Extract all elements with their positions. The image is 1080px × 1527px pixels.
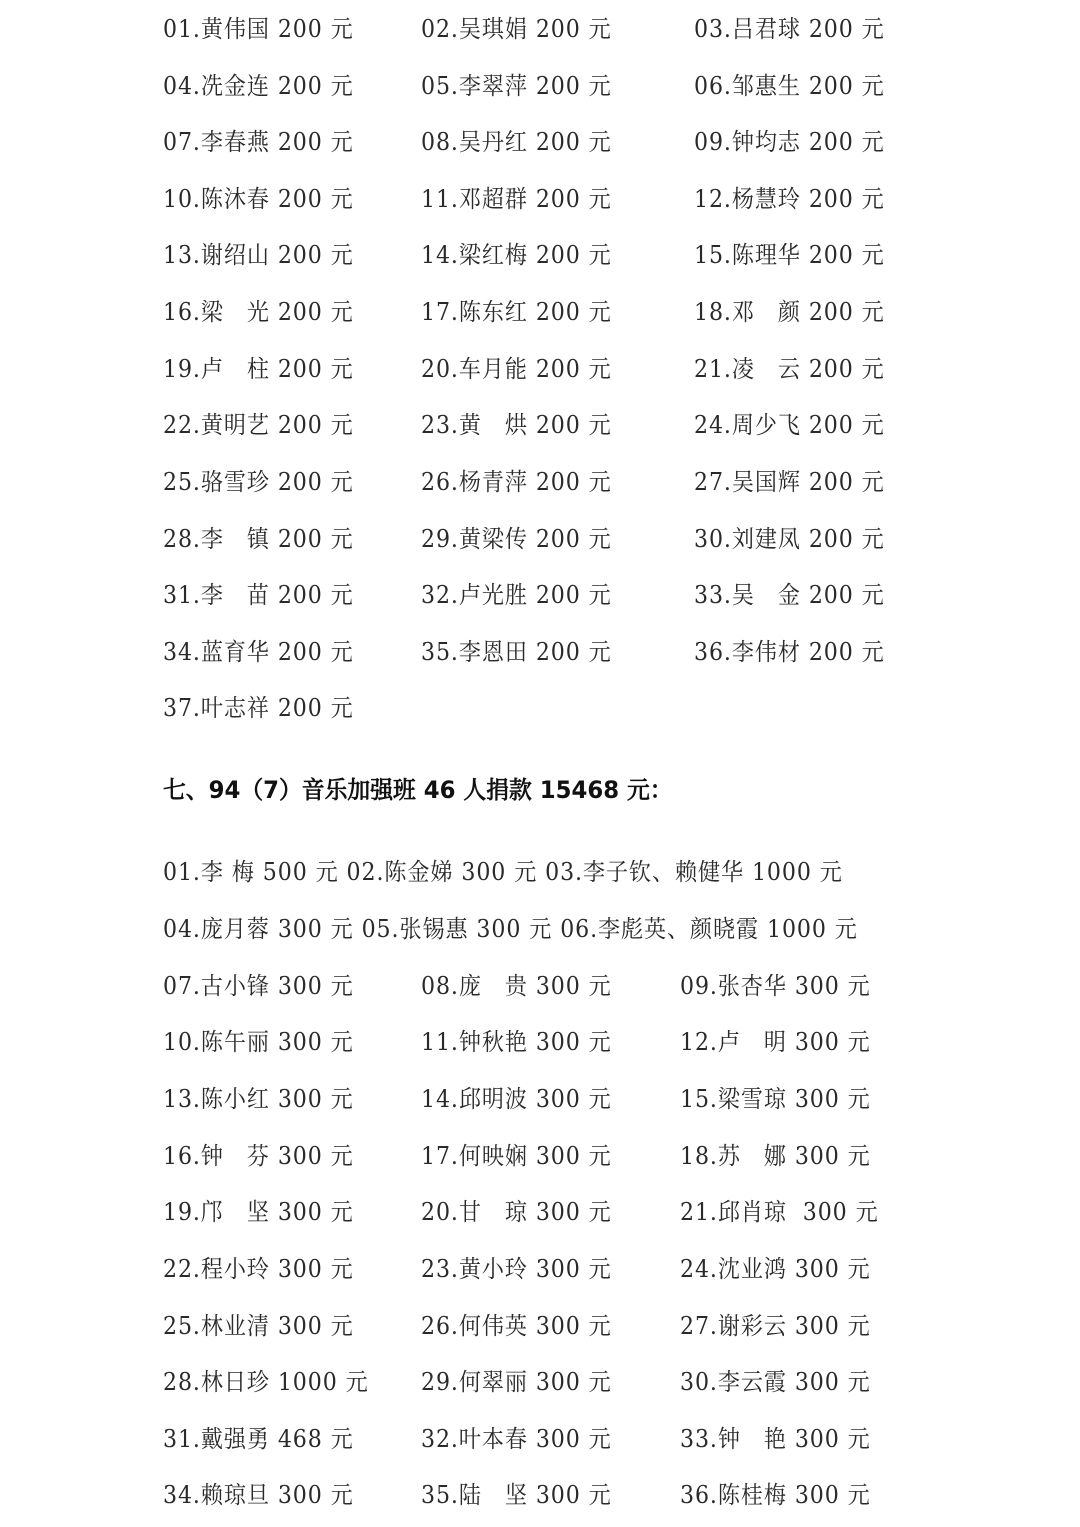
donor-wide-row: 01.李 梅 500 元 02.陈金娣 300 元 03.李子钦、赖健华 100… (163, 852, 843, 892)
donor-entry: 28.林日珍 1000 元 (163, 1362, 369, 1402)
donor-entry: 19.卢 柱 200 元 (163, 349, 354, 389)
donor-entry: 31.李 苗 200 元 (163, 575, 354, 615)
donor-entry: 14.邱明波 300 元 (421, 1079, 612, 1119)
donor-entry: 33.钟 艳 300 元 (680, 1419, 871, 1459)
donor-entry: 30.李云霞 300 元 (680, 1362, 871, 1402)
donor-entry: 04.冼金连 200 元 (163, 66, 354, 106)
donor-entry: 26.何伟英 300 元 (421, 1306, 612, 1346)
donor-entry: 08.庞 贵 300 元 (421, 966, 612, 1006)
donor-entry: 14.梁红梅 200 元 (421, 235, 612, 275)
donor-entry: 13.陈小红 300 元 (163, 1079, 354, 1119)
donor-entry: 23.黄 烘 200 元 (421, 405, 612, 445)
donor-entry: 22.黄明艺 200 元 (163, 405, 354, 445)
donor-entry: 34.赖琼旦 300 元 (163, 1475, 354, 1515)
list-row: 01.黄伟国 200 元 02.吴琪娟 200 元 03.吕君球 200 元 (0, 9, 1080, 49)
donor-entry: 36.李伟材 200 元 (694, 632, 885, 672)
donor-entry: 16.梁 光 200 元 (163, 292, 354, 332)
list-row: 10.陈沐春 200 元 11.邓超群 200 元 12.杨慧玲 200 元 (0, 179, 1080, 219)
donor-entry: 24.沈业鸿 300 元 (680, 1249, 871, 1289)
list-row: 25.林业清 300 元 26.何伟英 300 元 27.谢彩云 300 元 (0, 1306, 1080, 1346)
donor-entry: 01.黄伟国 200 元 (163, 9, 354, 49)
donor-entry: 37.叶志祥 200 元 (163, 688, 354, 728)
list-row: 31.李 苗 200 元 32.卢光胜 200 元 33.吴 金 200 元 (0, 575, 1080, 615)
donor-entry: 15.梁雪琼 300 元 (680, 1079, 871, 1119)
list-row: 13.谢绍山 200 元 14.梁红梅 200 元 15.陈理华 200 元 (0, 235, 1080, 275)
donor-entry: 05.李翠萍 200 元 (421, 66, 612, 106)
list-row: 34.蓝育华 200 元 35.李恩田 200 元 36.李伟材 200 元 (0, 632, 1080, 672)
donor-entry: 22.程小玲 300 元 (163, 1249, 354, 1289)
donor-entry: 29.黄梁传 200 元 (421, 519, 612, 559)
list-row: 07.古小锋 300 元 08.庞 贵 300 元 09.张杏华 300 元 (0, 966, 1080, 1006)
list-row: 28.林日珍 1000 元 29.何翠丽 300 元 30.李云霞 300 元 (0, 1362, 1080, 1402)
list-row: 31.戴强勇 468 元 32.叶本春 300 元 33.钟 艳 300 元 (0, 1419, 1080, 1459)
list-row: 10.陈午丽 300 元 11.钟秋艳 300 元 12.卢 明 300 元 (0, 1022, 1080, 1062)
list-row: 07.李春燕 200 元 08.吴丹红 200 元 09.钟均志 200 元 (0, 122, 1080, 162)
donor-entry: 10.陈午丽 300 元 (163, 1022, 354, 1062)
donor-wide-row: 04.庞月蓉 300 元 05.张锡惠 300 元 06.李彪英、颜晓霞 100… (163, 909, 858, 949)
donor-entry: 06.邹惠生 200 元 (694, 66, 885, 106)
donor-entry: 16.钟 芬 300 元 (163, 1136, 354, 1176)
donor-entry: 31.戴强勇 468 元 (163, 1419, 354, 1459)
list-row: 04.冼金连 200 元 05.李翠萍 200 元 06.邹惠生 200 元 (0, 66, 1080, 106)
donor-entry: 17.陈东红 200 元 (421, 292, 612, 332)
donor-entry: 32.卢光胜 200 元 (421, 575, 612, 615)
donor-entry: 36.陈桂梅 300 元 (680, 1475, 871, 1515)
donor-entry: 18.苏 娜 300 元 (680, 1136, 871, 1176)
list-row: 19.卢 柱 200 元 20.车月能 200 元 21.凌 云 200 元 (0, 349, 1080, 389)
donor-entry: 33.吴 金 200 元 (694, 575, 885, 615)
donor-entry: 10.陈沐春 200 元 (163, 179, 354, 219)
donor-entry: 11.邓超群 200 元 (421, 179, 612, 219)
donor-entry: 28.李 镇 200 元 (163, 519, 354, 559)
donor-entry: 26.杨青萍 200 元 (421, 462, 612, 502)
list-row: 22.黄明艺 200 元 23.黄 烘 200 元 24.周少飞 200 元 (0, 405, 1080, 445)
donor-entry: 12.杨慧玲 200 元 (694, 179, 885, 219)
donor-entry: 21.凌 云 200 元 (694, 349, 885, 389)
donor-entry: 25.骆雪珍 200 元 (163, 462, 354, 502)
list-row: 37.叶志祥 200 元 (0, 688, 1080, 728)
donor-entry: 35.李恩田 200 元 (421, 632, 612, 672)
donor-entry: 09.张杏华 300 元 (680, 966, 871, 1006)
section-7-heading: 七、94（7）音乐加强班 46 人捐款 15468 元： (163, 770, 673, 810)
donor-entry: 27.谢彩云 300 元 (680, 1306, 871, 1346)
donor-entry: 20.车月能 200 元 (421, 349, 612, 389)
donor-entry: 13.谢绍山 200 元 (163, 235, 354, 275)
donor-entry: 20.甘 琼 300 元 (421, 1192, 612, 1232)
donor-entry: 32.叶本春 300 元 (421, 1419, 612, 1459)
donor-entry: 21.邱肖琼 300 元 (680, 1192, 879, 1232)
list-row: 25.骆雪珍 200 元 26.杨青萍 200 元 27.吴国辉 200 元 (0, 462, 1080, 502)
donor-entry: 08.吴丹红 200 元 (421, 122, 612, 162)
donor-entry: 23.黄小玲 300 元 (421, 1249, 612, 1289)
donor-entry: 03.吕君球 200 元 (694, 9, 885, 49)
list-row: 22.程小玲 300 元 23.黄小玲 300 元 24.沈业鸿 300 元 (0, 1249, 1080, 1289)
list-row: 13.陈小红 300 元 14.邱明波 300 元 15.梁雪琼 300 元 (0, 1079, 1080, 1119)
donor-entry: 02.吴琪娟 200 元 (421, 9, 612, 49)
list-row: 19.邝 坚 300 元 20.甘 琼 300 元 21.邱肖琼 300 元 (0, 1192, 1080, 1232)
donor-entry: 12.卢 明 300 元 (680, 1022, 871, 1062)
donor-entry: 35.陆 坚 300 元 (421, 1475, 612, 1515)
list-row: 34.赖琼旦 300 元 35.陆 坚 300 元 36.陈桂梅 300 元 (0, 1475, 1080, 1515)
donor-entry: 18.邓 颜 200 元 (694, 292, 885, 332)
donor-entry: 34.蓝育华 200 元 (163, 632, 354, 672)
donor-entry: 07.李春燕 200 元 (163, 122, 354, 162)
list-row: 16.钟 芬 300 元 17.何映娴 300 元 18.苏 娜 300 元 (0, 1136, 1080, 1176)
list-row: 28.李 镇 200 元 29.黄梁传 200 元 30.刘建凤 200 元 (0, 519, 1080, 559)
donor-entry: 15.陈理华 200 元 (694, 235, 885, 275)
donor-entry: 09.钟均志 200 元 (694, 122, 885, 162)
donor-entry: 29.何翠丽 300 元 (421, 1362, 612, 1402)
donor-entry: 25.林业清 300 元 (163, 1306, 354, 1346)
donor-entry: 27.吴国辉 200 元 (694, 462, 885, 502)
donor-entry: 17.何映娴 300 元 (421, 1136, 612, 1176)
donor-entry: 19.邝 坚 300 元 (163, 1192, 354, 1232)
donor-entry: 30.刘建凤 200 元 (694, 519, 885, 559)
donor-entry: 24.周少飞 200 元 (694, 405, 885, 445)
list-row: 16.梁 光 200 元 17.陈东红 200 元 18.邓 颜 200 元 (0, 292, 1080, 332)
donor-entry: 11.钟秋艳 300 元 (421, 1022, 612, 1062)
donor-entry: 07.古小锋 300 元 (163, 966, 354, 1006)
